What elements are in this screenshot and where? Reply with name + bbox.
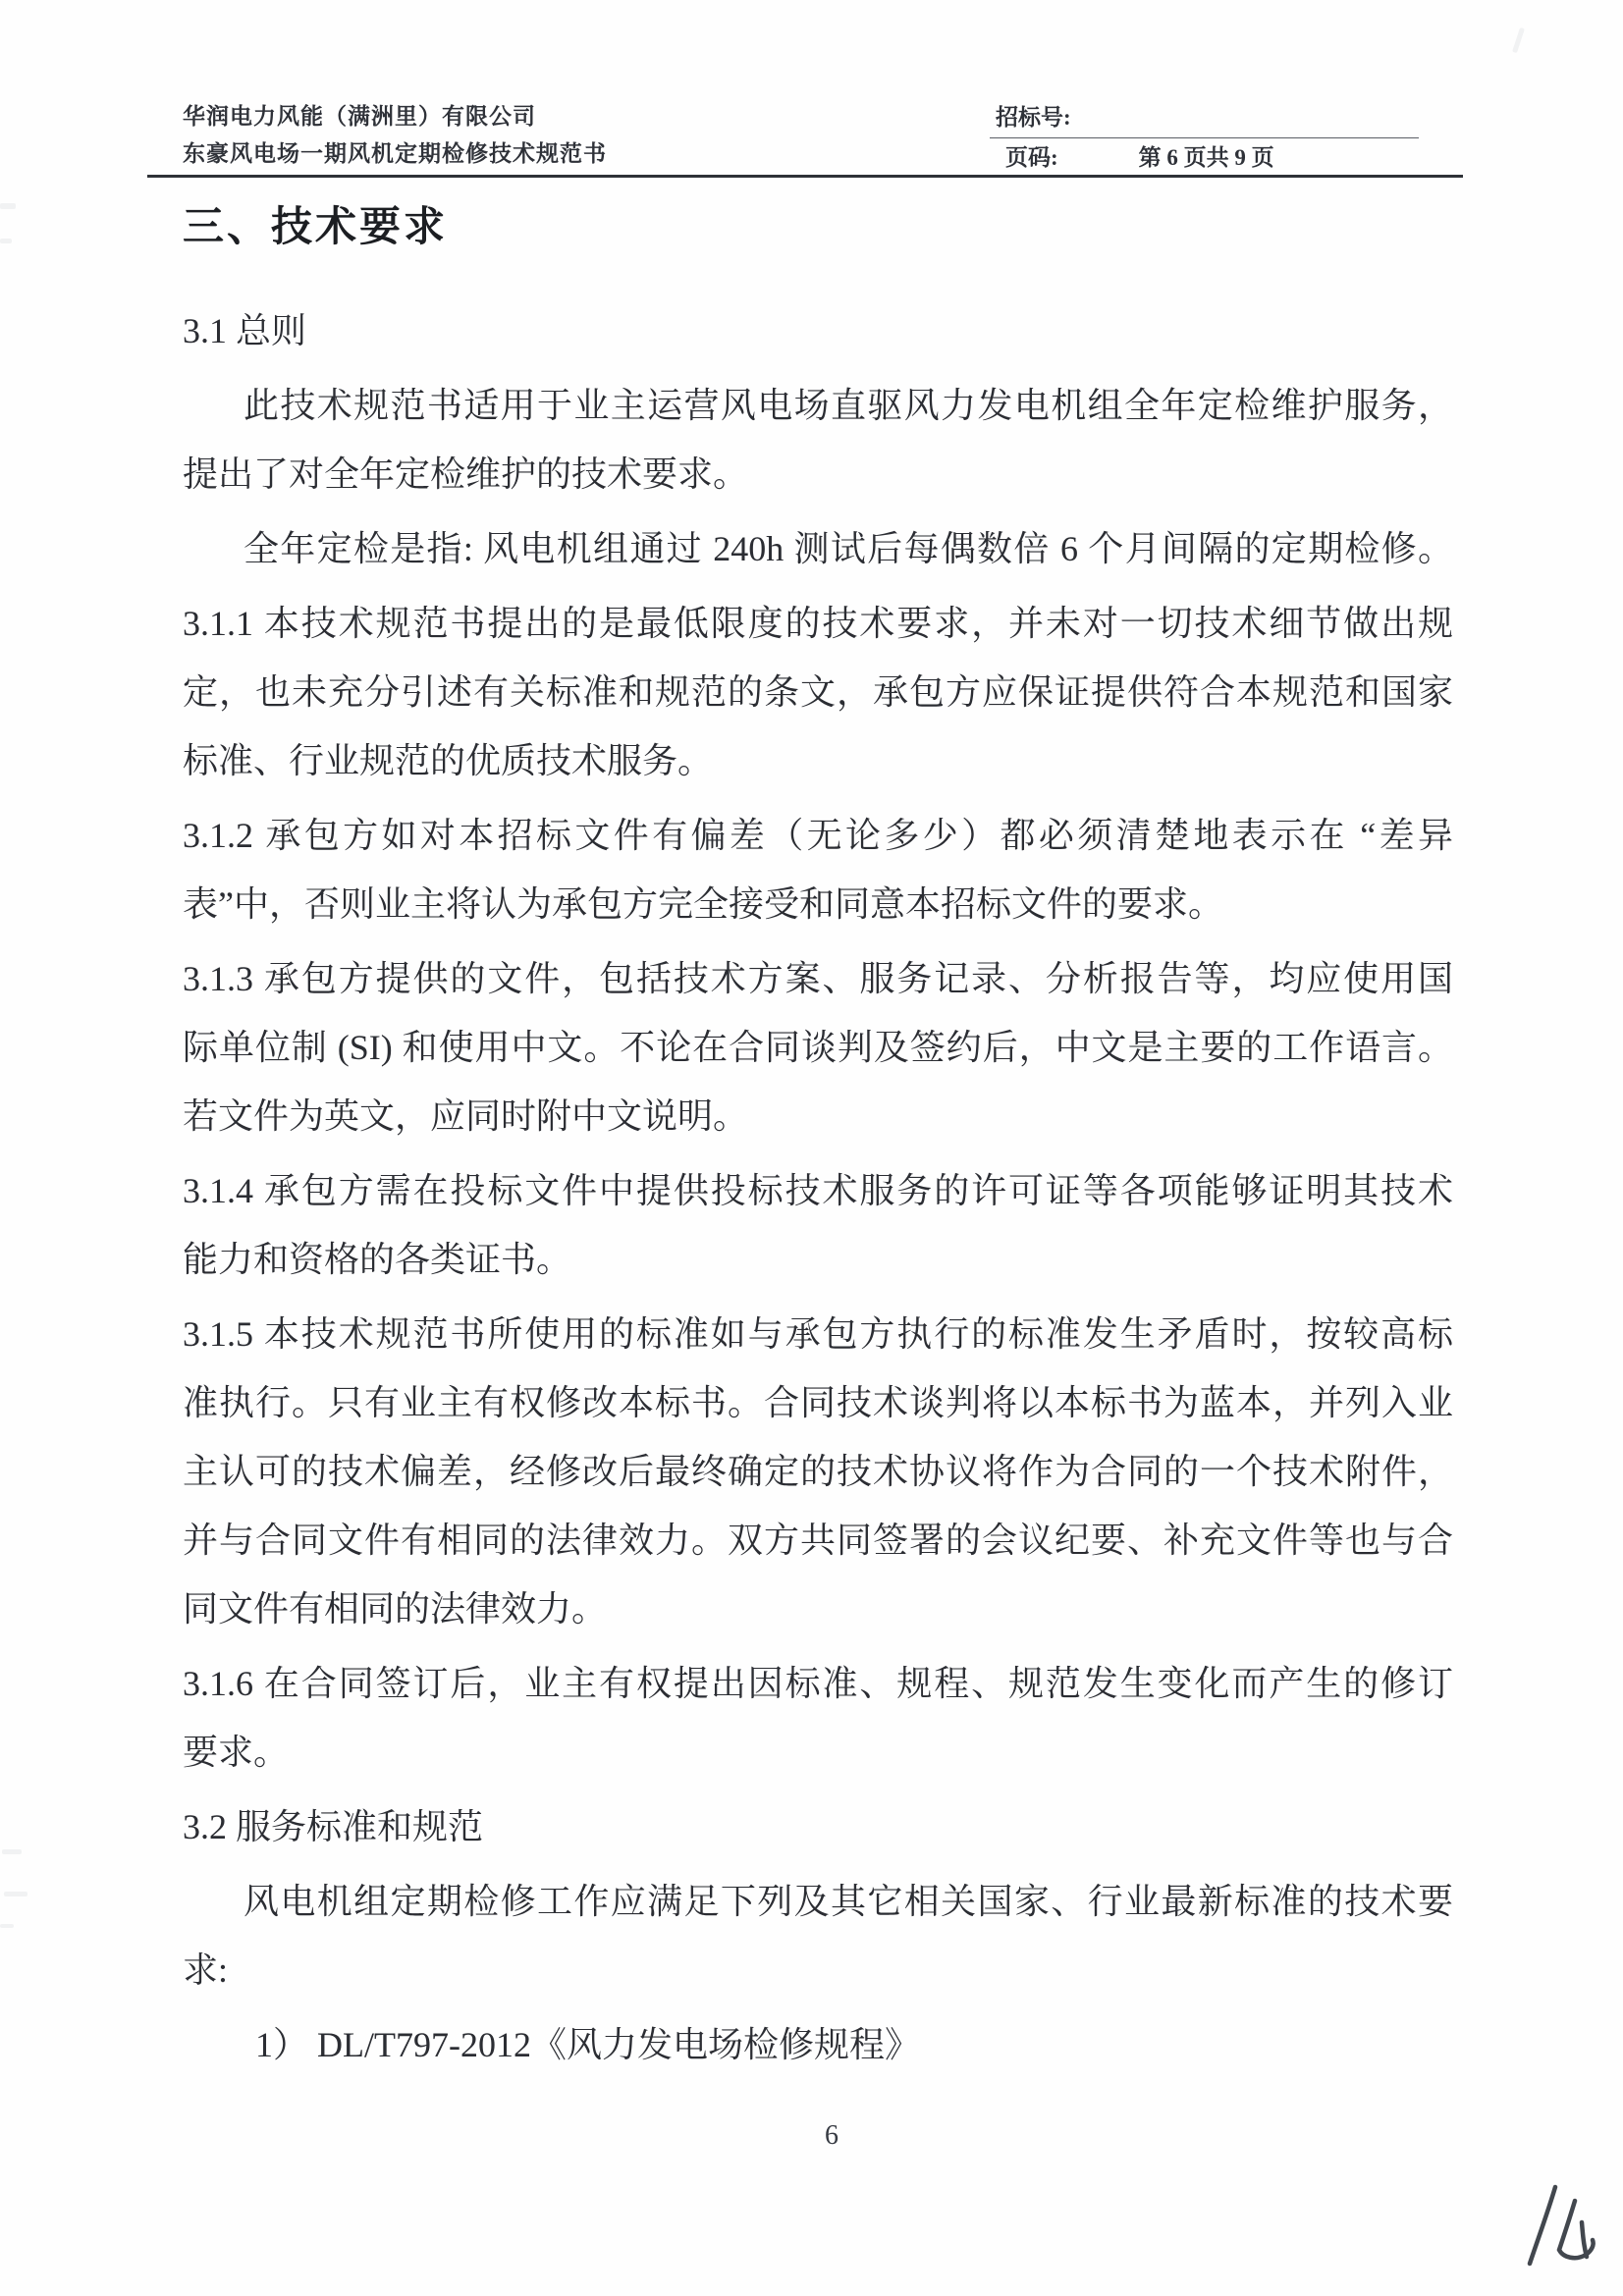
body-line: 3.1.1 本技术规范书提出的是最低限度的技术要求，并未对一切技术细节做出规	[183, 589, 1453, 658]
scan-artifact	[0, 203, 16, 209]
body-line: 此技术规范书适用于业主运营风电场直驱风力发电机组全年定检维护服务，	[183, 371, 1453, 440]
scan-artifact	[0, 1924, 14, 1928]
header-left: 华润电力风能（满洲里）有限公司 东豪风电场一期风机定期检修技术规范书	[183, 98, 607, 173]
body-line: 提出了对全年定检维护的技术要求。	[183, 440, 1453, 508]
scan-artifact	[0, 239, 12, 243]
body-line: 风电机组定期检修工作应满足下列及其它相关国家、行业最新标准的技术要	[183, 1867, 1453, 1936]
body-line: 并与合同文件有相同的法律效力。双方共同签署的会议纪要、补充文件等也与合	[183, 1506, 1453, 1575]
body-line: 表”中，否则业主将认为承包方完全接受和同意本招标文件的要求。	[183, 870, 1453, 938]
body-line: 全年定检是指: 风电机组通过 240h 测试后每偶数倍 6 个月间隔的定期检修。	[183, 514, 1453, 583]
section-title: 三、技术要求	[183, 194, 448, 253]
tender-number-label: 招标号:	[990, 98, 1419, 138]
document-body: 3.1 总则此技术规范书适用于业主运营风电场直驱风力发电机组全年定检维护服务，提…	[183, 291, 1453, 2079]
scan-artifact	[1512, 27, 1525, 53]
document-title-line: 东豪风电场一期风机定期检修技术规范书	[183, 135, 607, 173]
body-line: 1） DL/T797-2012《风力发电场检修规程》	[183, 2010, 1453, 2079]
body-line: 3.1 总则	[183, 296, 1453, 365]
body-line: 若文件为英文，应同时附中文说明。	[183, 1082, 1453, 1150]
handwritten-signature-mark	[1492, 2160, 1620, 2287]
body-line: 主认可的技术偏差，经修改后最终确定的技术协议将作为合同的一个技术附件，	[183, 1437, 1453, 1506]
scan-artifact	[2, 1849, 22, 1854]
footer-page-number: 6	[825, 2120, 839, 2152]
body-line: 求:	[183, 1936, 1453, 2004]
company-name: 华润电力风能（满洲里）有限公司	[183, 98, 607, 135]
body-line: 3.1.3 承包方提供的文件，包括技术方案、服务记录、分析报告等，均应使用国	[183, 944, 1453, 1013]
body-line: 同文件有相同的法律效力。	[183, 1575, 1453, 1643]
body-line: 3.1.5 本技术规范书所使用的标准如与承包方执行的标准发生矛盾时，按较高标	[183, 1300, 1453, 1368]
header-right: 招标号: 页码: 第 6 页共 9 页	[990, 98, 1419, 178]
body-line: 3.1.2 承包方如对本招标文件有偏差（无论多少）都必须清楚地表示在 “差异	[183, 801, 1453, 870]
body-line: 要求。	[183, 1718, 1453, 1787]
scan-artifact	[4, 1892, 27, 1896]
body-line: 3.1.4 承包方需在投标文件中提供投标技术服务的许可证等各项能够证明其技术	[183, 1156, 1453, 1225]
body-line: 3.1.6 在合同签订后，业主有权提出因标准、规程、规范发生变化而产生的修订	[183, 1649, 1453, 1718]
page-label: 页码:	[1005, 138, 1058, 178]
body-line: 际单位制 (SI) 和使用中文。不论在合同谈判及签约后，中文是主要的工作语言。	[183, 1013, 1453, 1082]
scanned-document-page: 华润电力风能（满洲里）有限公司 东豪风电场一期风机定期检修技术规范书 招标号: …	[0, 0, 1623, 2296]
body-line: 标准、行业规范的优质技术服务。	[183, 726, 1453, 795]
body-line: 能力和资格的各类证书。	[183, 1225, 1453, 1294]
header-divider-rule	[147, 175, 1463, 178]
body-line: 3.2 服务标准和规范	[183, 1792, 1453, 1861]
page-info-row: 页码: 第 6 页共 9 页	[990, 138, 1419, 178]
body-line: 准执行。只有业主有权修改本标书。合同技术谈判将以本标书为蓝本，并列入业	[183, 1368, 1453, 1437]
body-line: 定，也未充分引述有关标准和规范的条文，承包方应保证提供符合本规范和国家	[183, 658, 1453, 726]
page-value: 第 6 页共 9 页	[1139, 138, 1274, 178]
